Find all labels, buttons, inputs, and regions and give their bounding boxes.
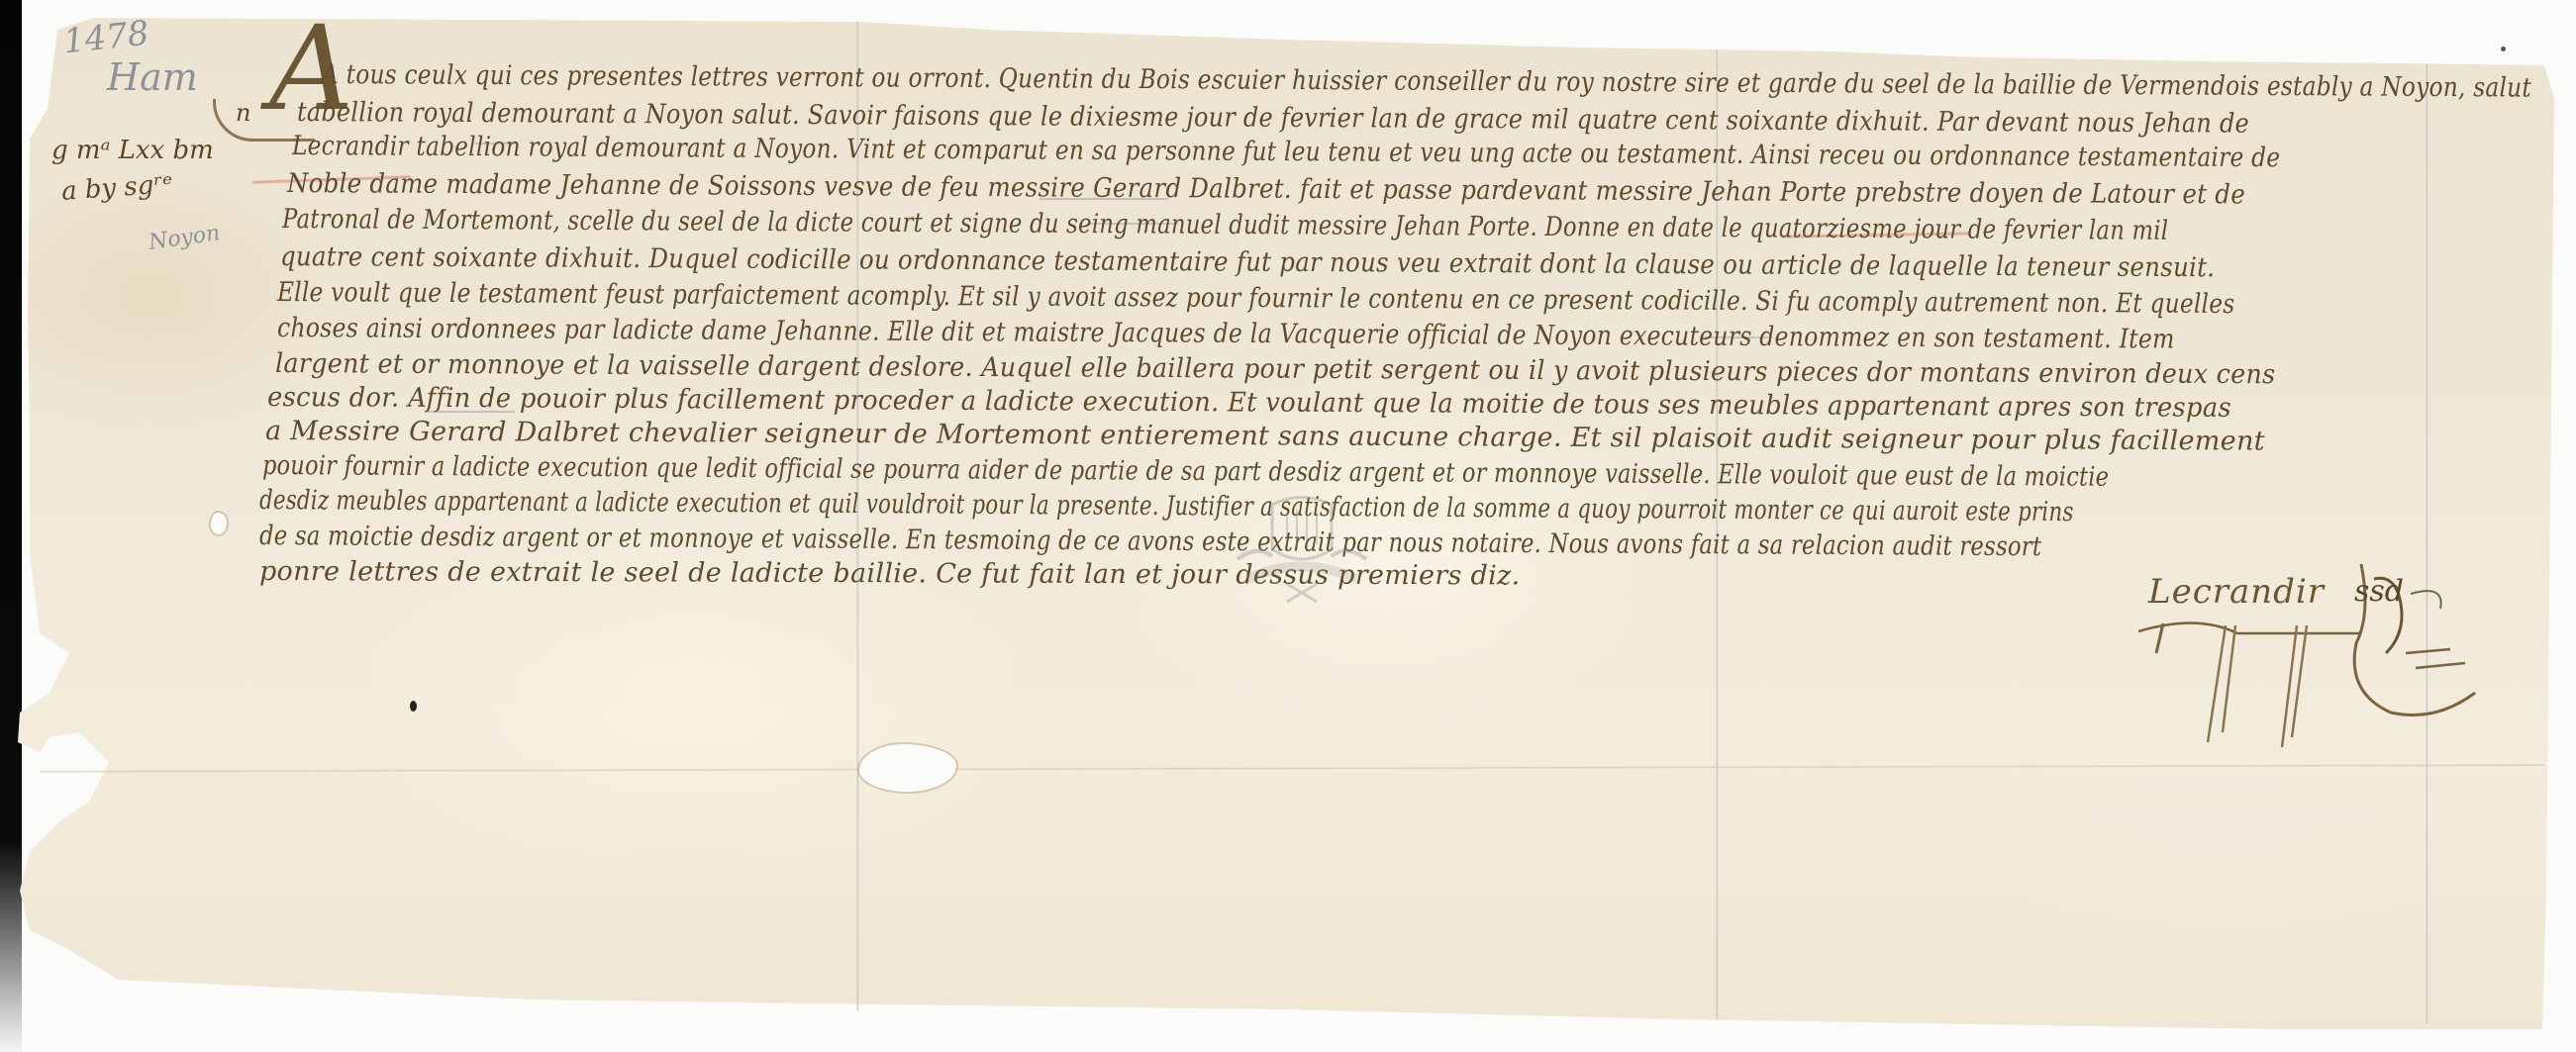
ink-spot	[410, 701, 417, 712]
margin-note-ink-1: g mᵃ Lxx bm	[51, 136, 214, 165]
ink-spot	[2501, 47, 2506, 51]
scanner-edge-strip	[0, 0, 22, 1052]
initial-marginal-letter: n	[236, 99, 250, 127]
signature-flourish-icon	[2119, 554, 2515, 752]
margin-note-place: Ham	[107, 55, 198, 99]
archive-stamp-icon	[1218, 495, 1386, 604]
signature-suffix: ssd	[2354, 574, 2404, 609]
notary-signature: Lecrandir ssd	[2119, 554, 2515, 752]
vertical-fold-line	[2426, 63, 2428, 1023]
